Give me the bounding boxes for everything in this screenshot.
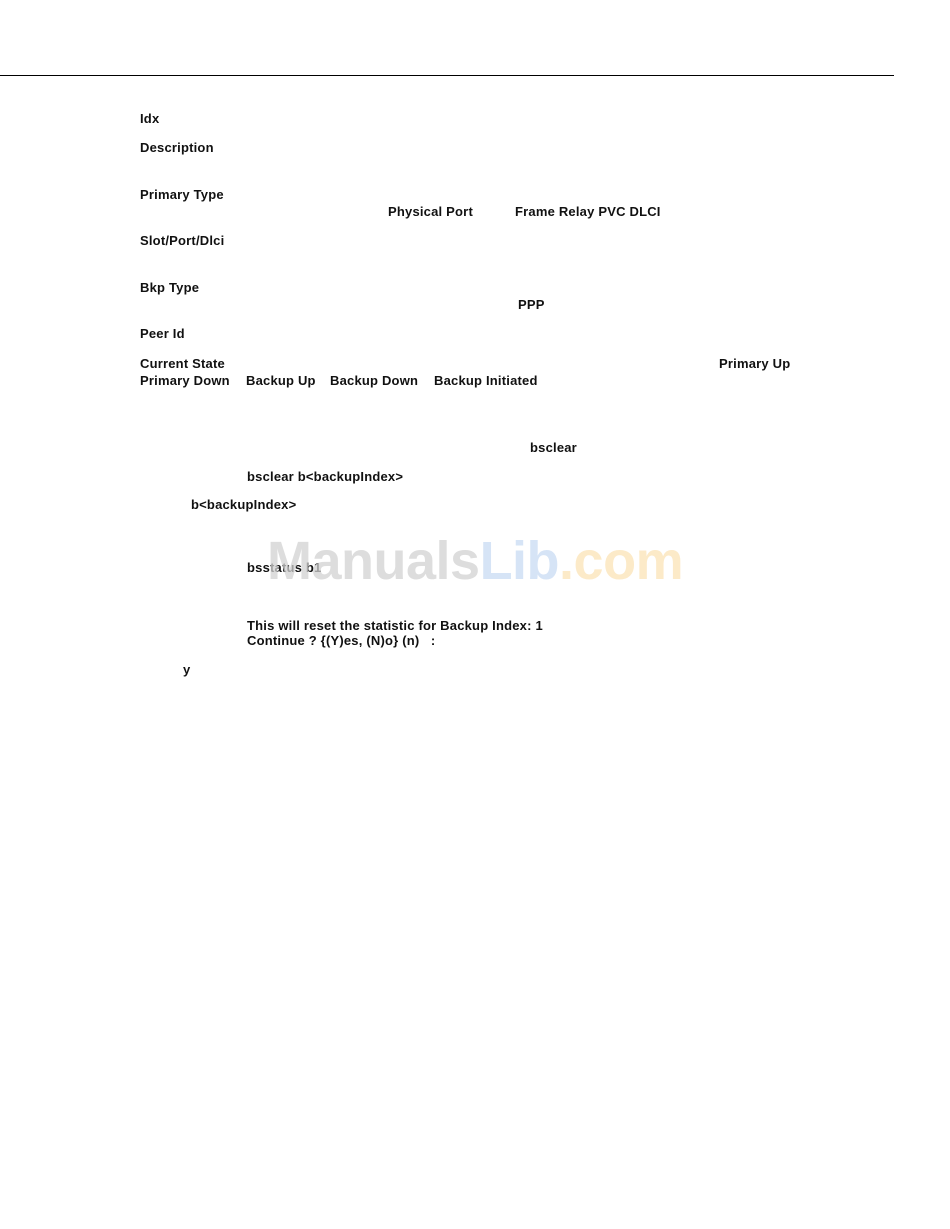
state-backup-initiated: Backup Initiated	[434, 373, 538, 389]
field-label-peer-id: Peer Id	[140, 326, 185, 342]
command-syntax-bsclear: bsclear b<backupIndex>	[247, 469, 403, 485]
field-label-description: Description	[140, 140, 214, 156]
param-backup-index: b<backupIndex>	[191, 497, 296, 513]
state-primary-up: Primary Up	[719, 356, 790, 372]
watermark-lib: Lib	[480, 531, 559, 591]
field-label-current-state: Current State	[140, 356, 225, 372]
watermark-com: .com	[559, 531, 683, 591]
confirm-prompt-line2: Continue ? {(Y)es, (N)o} (n) :	[247, 633, 435, 649]
field-label-bkp-type: Bkp Type	[140, 280, 199, 296]
primary-type-option-physical-port: Physical Port	[388, 204, 473, 220]
watermark-logo: ManualsLib.com	[267, 530, 683, 592]
primary-type-option-frame-relay: Frame Relay PVC DLCI	[515, 204, 661, 220]
user-answer: y	[183, 662, 190, 678]
field-label-primary-type: Primary Type	[140, 187, 224, 203]
example-command: bsstatus b1	[247, 560, 321, 576]
confirm-prompt-line1: This will reset the statistic for Backup…	[247, 618, 543, 634]
field-label-slot-port-dlci: Slot/Port/Dlci	[140, 233, 224, 249]
field-label-idx: Idx	[140, 111, 159, 127]
state-primary-down: Primary Down	[140, 373, 230, 389]
command-keyword-bsclear: bsclear	[530, 440, 577, 456]
state-backup-down: Backup Down	[330, 373, 418, 389]
header-rule	[0, 75, 894, 76]
state-backup-up: Backup Up	[246, 373, 316, 389]
bkp-type-value-ppp: PPP	[518, 297, 545, 313]
